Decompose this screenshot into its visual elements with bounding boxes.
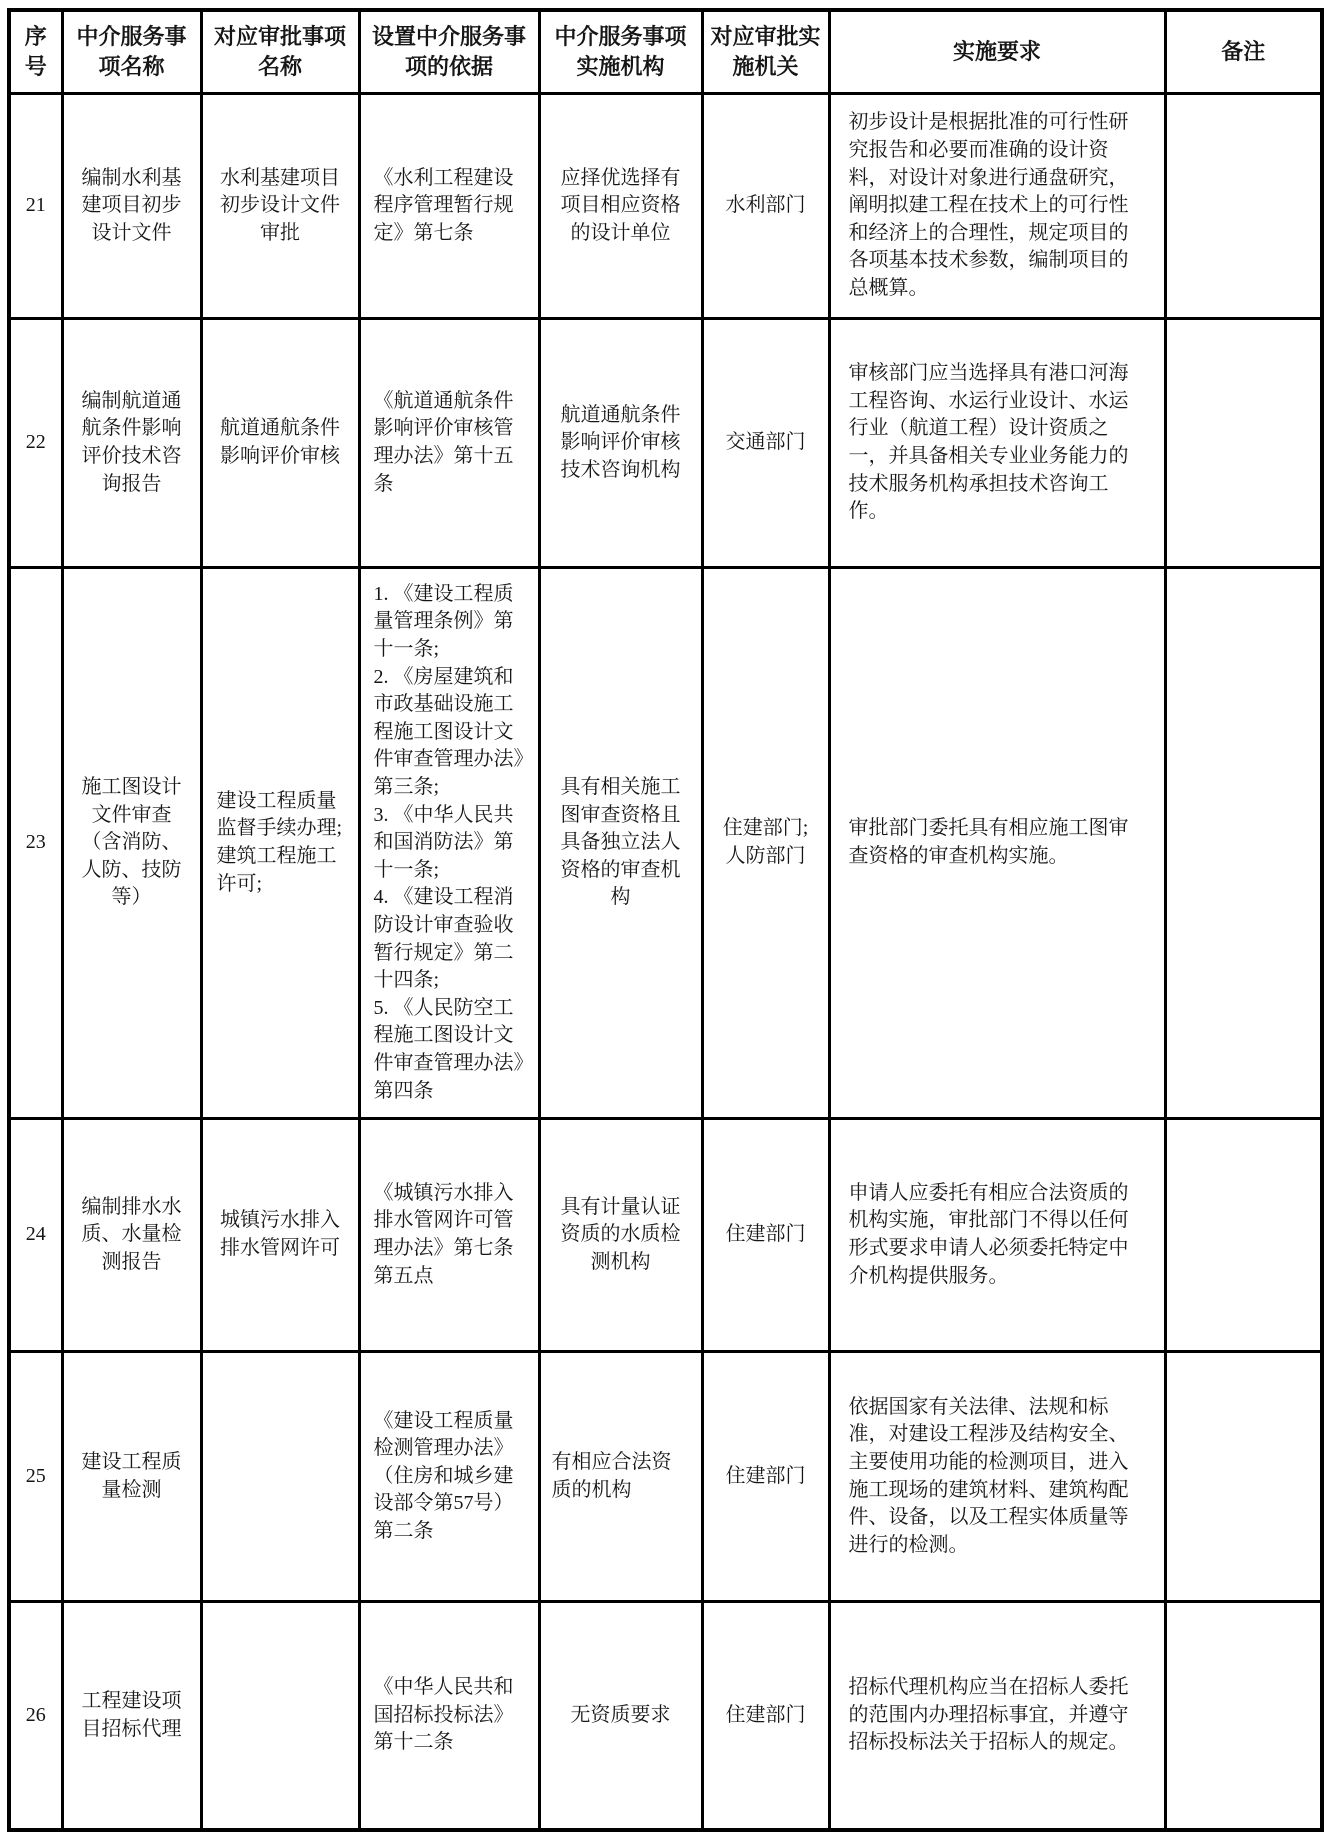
header-row: 序号 中介服务事项名称 对应审批事项名称 设置中介服务事项的依据 中介服务事项实… [9, 10, 1322, 94]
cell-approval-authority: 住建部门 [702, 1352, 829, 1602]
cell-no: 24 [9, 1119, 62, 1352]
cell-requirements: 初步设计是根据批准的可行性研究报告和必要而准确的设计资料，对设计对象进行通盘研究… [829, 94, 1165, 319]
header-no: 序号 [9, 10, 62, 94]
cell-basis: 《水利工程建设程序管理暂行规定》第七条 [359, 94, 539, 319]
cell-remarks [1165, 1352, 1322, 1602]
header-basis: 设置中介服务事项的依据 [359, 10, 539, 94]
cell-no: 21 [9, 94, 62, 319]
cell-service-item: 编制水利基建项目初步设计文件 [62, 94, 201, 319]
cell-implementing-agency: 有相应合法资质的机构 [539, 1352, 702, 1602]
header-approval-item: 对应审批事项名称 [201, 10, 359, 94]
cell-implementing-agency: 具有相关施工图审查资格且具备独立法人资格的审查机构 [539, 568, 702, 1119]
cell-service-item: 工程建设项目招标代理 [62, 1602, 201, 1831]
cell-remarks [1165, 319, 1322, 568]
cell-service-item: 施工图设计文件审查（含消防、人防、技防等） [62, 568, 201, 1119]
cell-requirements: 申请人应委托有相应合法资质的机构实施，审批部门不得以任何形式要求申请人必须委托特… [829, 1119, 1165, 1352]
cell-requirements: 依据国家有关法律、法规和标准，对建设工程涉及结构安全、主要使用功能的检测项目，进… [829, 1352, 1165, 1602]
cell-requirements: 审核部门应当选择具有港口河海工程咨询、水运行业设计、水运行业（航道工程）设计资质… [829, 319, 1165, 568]
cell-approval-authority: 住建部门 [702, 1119, 829, 1352]
cell-approval-item [201, 1352, 359, 1602]
cell-no: 25 [9, 1352, 62, 1602]
cell-basis: 1. 《建设工程质量管理条例》第十一条; 2. 《房屋建筑和市政基础设施工程施工… [359, 568, 539, 1119]
cell-approval-authority: 住建部门 [702, 1602, 829, 1831]
cell-remarks [1165, 1602, 1322, 1831]
table-row: 26 工程建设项目招标代理 《中华人民共和国招标投标法》第十二条 无资质要求 住… [9, 1602, 1322, 1831]
cell-remarks [1165, 94, 1322, 319]
cell-basis: 《建设工程质量检测管理办法》（住房和城乡建设部令第57号）第二条 [359, 1352, 539, 1602]
cell-service-item: 编制排水水质、水量检测报告 [62, 1119, 201, 1352]
cell-no: 26 [9, 1602, 62, 1831]
cell-remarks [1165, 568, 1322, 1119]
cell-implementing-agency: 具有计量认证资质的水质检测机构 [539, 1119, 702, 1352]
cell-basis: 《城镇污水排入排水管网许可管理办法》第七条第五点 [359, 1119, 539, 1352]
intermediary-services-table: 序号 中介服务事项名称 对应审批事项名称 设置中介服务事项的依据 中介服务事项实… [7, 8, 1324, 1832]
cell-approval-item: 航道通航条件影响评价审核 [201, 319, 359, 568]
cell-approval-authority: 住建部门; 人防部门 [702, 568, 829, 1119]
cell-approval-item: 城镇污水排入排水管网许可 [201, 1119, 359, 1352]
table-row: 25 建设工程质量检测 《建设工程质量检测管理办法》（住房和城乡建设部令第57号… [9, 1352, 1322, 1602]
cell-no: 22 [9, 319, 62, 568]
header-requirements: 实施要求 [829, 10, 1165, 94]
table-row: 22 编制航道通航条件影响评价技术咨询报告 航道通航条件影响评价审核 《航道通航… [9, 319, 1322, 568]
header-remarks: 备注 [1165, 10, 1322, 94]
table-row: 24 编制排水水质、水量检测报告 城镇污水排入排水管网许可 《城镇污水排入排水管… [9, 1119, 1322, 1352]
cell-basis: 《中华人民共和国招标投标法》第十二条 [359, 1602, 539, 1831]
header-implementing-agency: 中介服务事项实施机构 [539, 10, 702, 94]
cell-approval-item [201, 1602, 359, 1831]
table-row: 23 施工图设计文件审查（含消防、人防、技防等） 建设工程质量监督手续办理; 建… [9, 568, 1322, 1119]
cell-implementing-agency: 无资质要求 [539, 1602, 702, 1831]
cell-service-item: 编制航道通航条件影响评价技术咨询报告 [62, 319, 201, 568]
cell-approval-authority: 交通部门 [702, 319, 829, 568]
cell-approval-item: 水利基建项目初步设计文件审批 [201, 94, 359, 319]
cell-approval-authority: 水利部门 [702, 94, 829, 319]
cell-requirements: 审批部门委托具有相应施工图审查资格的审查机构实施。 [829, 568, 1165, 1119]
cell-approval-item: 建设工程质量监督手续办理; 建筑工程施工许可; [201, 568, 359, 1119]
header-service-item: 中介服务事项名称 [62, 10, 201, 94]
cell-remarks [1165, 1119, 1322, 1352]
cell-implementing-agency: 航道通航条件影响评价审核技术咨询机构 [539, 319, 702, 568]
header-approval-authority: 对应审批实施机关 [702, 10, 829, 94]
cell-service-item: 建设工程质量检测 [62, 1352, 201, 1602]
cell-implementing-agency: 应择优选择有项目相应资格的设计单位 [539, 94, 702, 319]
document-page: 序号 中介服务事项名称 对应审批事项名称 设置中介服务事项的依据 中介服务事项实… [0, 0, 1341, 1832]
table-row: 21 编制水利基建项目初步设计文件 水利基建项目初步设计文件审批 《水利工程建设… [9, 94, 1322, 319]
cell-basis: 《航道通航条件影响评价审核管理办法》第十五条 [359, 319, 539, 568]
cell-no: 23 [9, 568, 62, 1119]
cell-requirements: 招标代理机构应当在招标人委托的范围内办理招标事宜，并遵守招标投标法关于招标人的规… [829, 1602, 1165, 1831]
